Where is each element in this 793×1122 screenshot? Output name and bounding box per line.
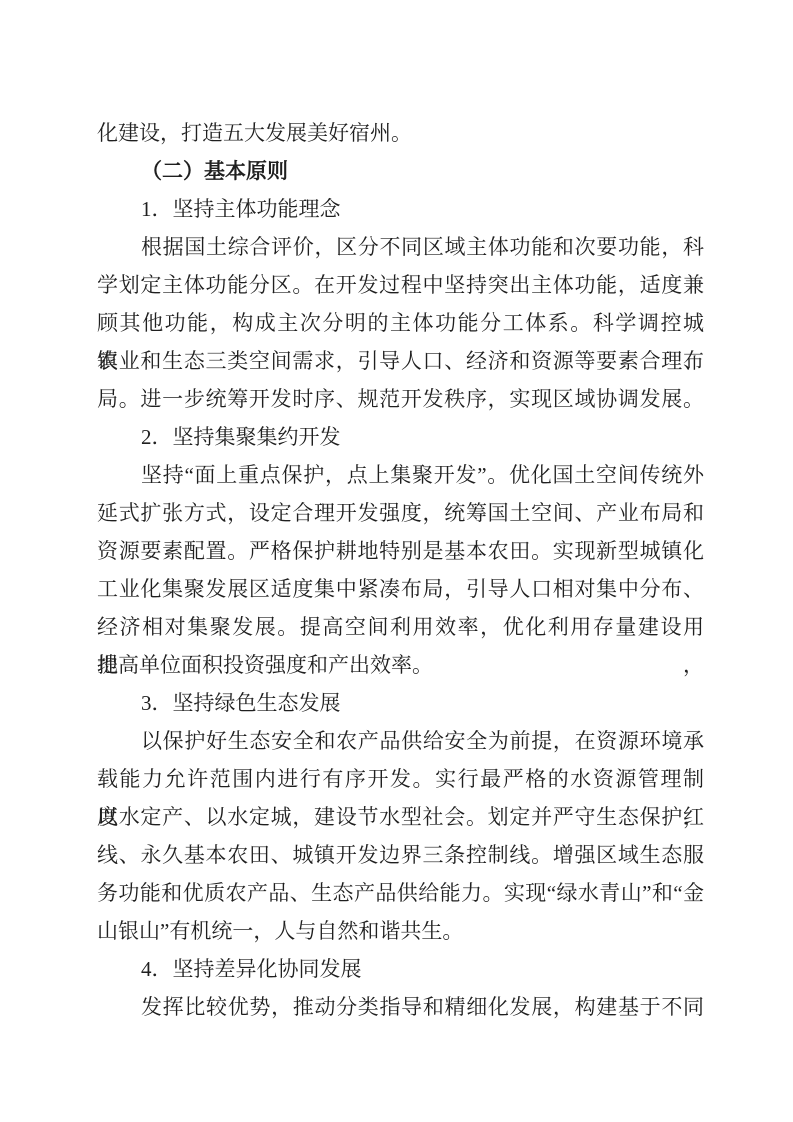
text-line: 经济相对集聚发展。提高空间利用效率，优化利用存量建设用地， <box>97 608 704 646</box>
text-line: 顾其他功能，构成主次分明的主体功能分工体系。科学调控城镇、 <box>97 304 704 342</box>
text-line: 学划定主体功能分区。在开发过程中坚持突出主体功能，适度兼 <box>97 266 704 304</box>
text-line: 3．坚持绿色生态发展 <box>97 684 704 722</box>
text-line: 4．坚持差异化协同发展 <box>97 950 704 988</box>
document-body: 化建设，打造五大发展美好宿州。（二）基本原则1．坚持主体功能理念根据国土综合评价… <box>97 114 704 1026</box>
text-line: 载能力允许范围内进行有序开发。实行最严格的水资源管理制度， <box>97 760 704 798</box>
text-line: 坚持“面上重点保护，点上集聚开发”。优化国土空间传统外 <box>97 456 704 494</box>
text-line: 局。进一步统筹开发时序、规范开发秩序，实现区域协调发展。 <box>97 380 704 418</box>
text-line: 2．坚持集聚集约开发 <box>97 418 704 456</box>
text-line: 发挥比较优势，推动分类指导和精细化发展，构建基于不同 <box>97 988 704 1026</box>
text-line: 农业和生态三类空间需求，引导人口、经济和资源等要素合理布 <box>97 342 704 380</box>
document-page: 化建设，打造五大发展美好宿州。（二）基本原则1．坚持主体功能理念根据国土综合评价… <box>0 0 793 1122</box>
text-line: 资源要素配置。严格保护耕地特别是基本农田。实现新型城镇化 <box>97 532 704 570</box>
text-line: 以保护好生态安全和农产品供给安全为前提，在资源环境承 <box>97 722 704 760</box>
text-line: 以水定产、以水定城，建设节水型社会。划定并严守生态保护红 <box>97 798 704 836</box>
text-line: 化建设，打造五大发展美好宿州。 <box>97 114 704 152</box>
text-line: （二）基本原则 <box>97 152 704 190</box>
text-line: 工业化集聚发展区适度集中紧凑布局，引导人口相对集中分布、 <box>97 570 704 608</box>
text-line: 1．坚持主体功能理念 <box>97 190 704 228</box>
text-line: 山银山”有机统一，人与自然和谐共生。 <box>97 912 704 950</box>
text-line: 线、永久基本农田、城镇开发边界三条控制线。增强区域生态服 <box>97 836 704 874</box>
text-line: 务功能和优质农产品、生态产品供给能力。实现“绿水青山”和“金 <box>97 874 704 912</box>
text-line: 根据国土综合评价，区分不同区域主体功能和次要功能，科 <box>97 228 704 266</box>
text-line: 延式扩张方式，设定合理开发强度，统筹国土空间、产业布局和 <box>97 494 704 532</box>
